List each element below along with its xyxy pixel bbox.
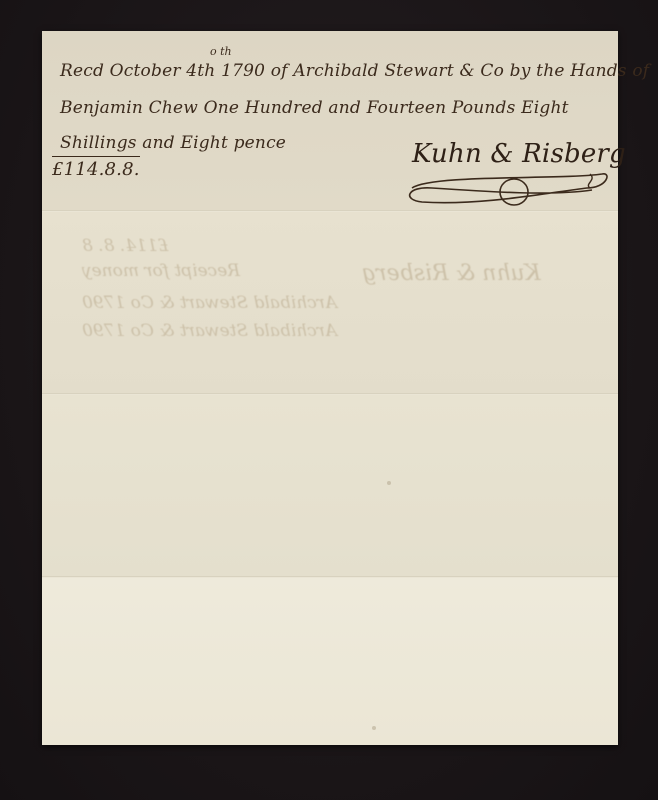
bleed-through-text: Archibald Stewart & Co 1790 <box>82 293 337 313</box>
fold-panel-4 <box>42 577 618 745</box>
paper-spot <box>387 481 391 485</box>
bleed-through-text: £114. 8. 8 <box>82 236 169 256</box>
receipt-amount: £114.8.8. <box>52 156 140 180</box>
receipt-line-3: Shillings and Eight pence <box>60 133 286 153</box>
signature-flourish-icon <box>402 166 612 216</box>
bleed-through-text: Receipt for money <box>82 261 240 281</box>
fold-crease <box>42 393 618 395</box>
signature: Kuhn & Risberg <box>412 139 626 169</box>
date-superscript: o th <box>210 45 232 58</box>
fold-panel-3 <box>42 394 618 577</box>
bleed-through-text: Archibald Stewart & Co 1790 <box>82 321 337 341</box>
document-sheet: o th Recd October 4th 1790 of Archibald … <box>42 31 618 745</box>
paper-spot <box>202 71 204 73</box>
paper-spot <box>372 726 376 730</box>
receipt-line-1: Recd October 4th 1790 of Archibald Stewa… <box>60 61 649 81</box>
bleed-through-signature: Kuhn & Risberg <box>362 261 541 286</box>
receipt-line-2: Benjamin Chew One Hundred and Fourteen P… <box>60 98 569 118</box>
fold-crease <box>42 576 618 578</box>
